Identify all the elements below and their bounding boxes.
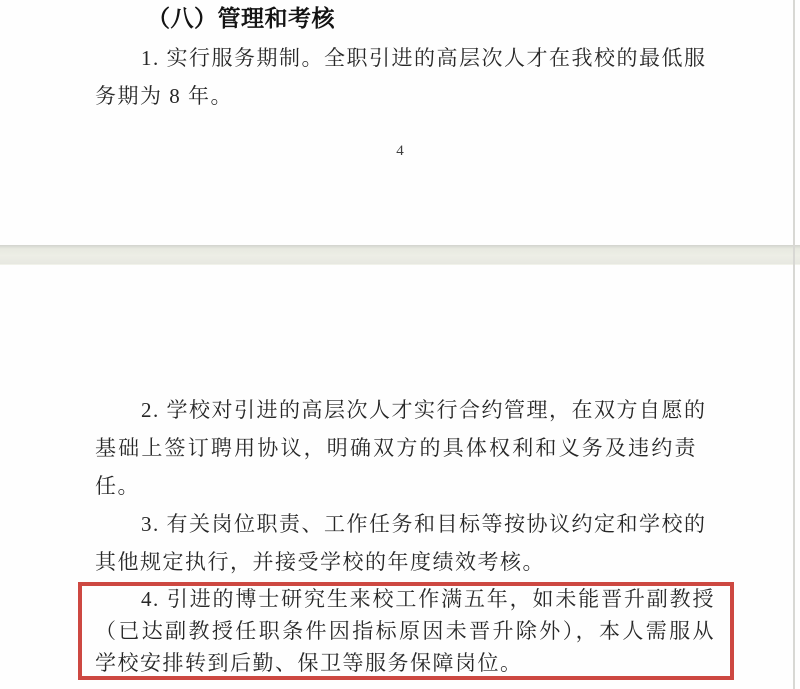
text-line: 学校安排转到后勤、保卫等服务保障岗位。 [95, 647, 715, 679]
text-line: 基础上签订聘用协议，明确双方的具体权利和义务及违约责 [95, 429, 697, 467]
text-line: 3. 有关岗位职责、工作任务和目标等按协议约定和学校的 [95, 505, 697, 543]
paragraph-2: 2. 学校对引进的高层次人才实行合约管理，在双方自愿的 基础上签订聘用协议，明确… [95, 391, 697, 505]
page-1: （八）管理和考核 1. 实行服务期制。全职引进的高层次人才在我校的最低服 务期为… [0, 0, 800, 245]
paragraph-3: 3. 有关岗位职责、工作任务和目标等按协议约定和学校的 其他规定执行，并接受学校… [95, 505, 697, 581]
text-line: 任。 [95, 467, 697, 505]
section-heading: （八）管理和考核 [147, 4, 335, 34]
paragraph-1: 1. 实行服务期制。全职引进的高层次人才在我校的最低服 务期为 8 年。 [95, 39, 697, 115]
paragraph-4: 4. 引进的博士研究生来校工作满五年，如未能晋升副教授 （已达副教授任职条件因指… [95, 583, 715, 679]
text-line: 2. 学校对引进的高层次人才实行合约管理，在双方自愿的 [95, 391, 697, 429]
document-viewer: （八）管理和考核 1. 实行服务期制。全职引进的高层次人才在我校的最低服 务期为… [0, 0, 800, 689]
page-break-band [0, 245, 800, 265]
page-edge-line [793, 0, 795, 689]
text-line: 务期为 8 年。 [95, 77, 697, 115]
page-2: 2. 学校对引进的高层次人才实行合约管理，在双方自愿的 基础上签订聘用协议，明确… [0, 265, 800, 689]
text-line: 其他规定执行，并接受学校的年度绩效考核。 [95, 543, 697, 581]
text-line: 1. 实行服务期制。全职引进的高层次人才在我校的最低服 [95, 39, 697, 77]
text-line: 4. 引进的博士研究生来校工作满五年，如未能晋升副教授 [95, 583, 715, 615]
page-number: 4 [0, 143, 800, 160]
text-line: （已达副教授任职条件因指标原因未晋升除外），本人需服从 [95, 615, 715, 647]
